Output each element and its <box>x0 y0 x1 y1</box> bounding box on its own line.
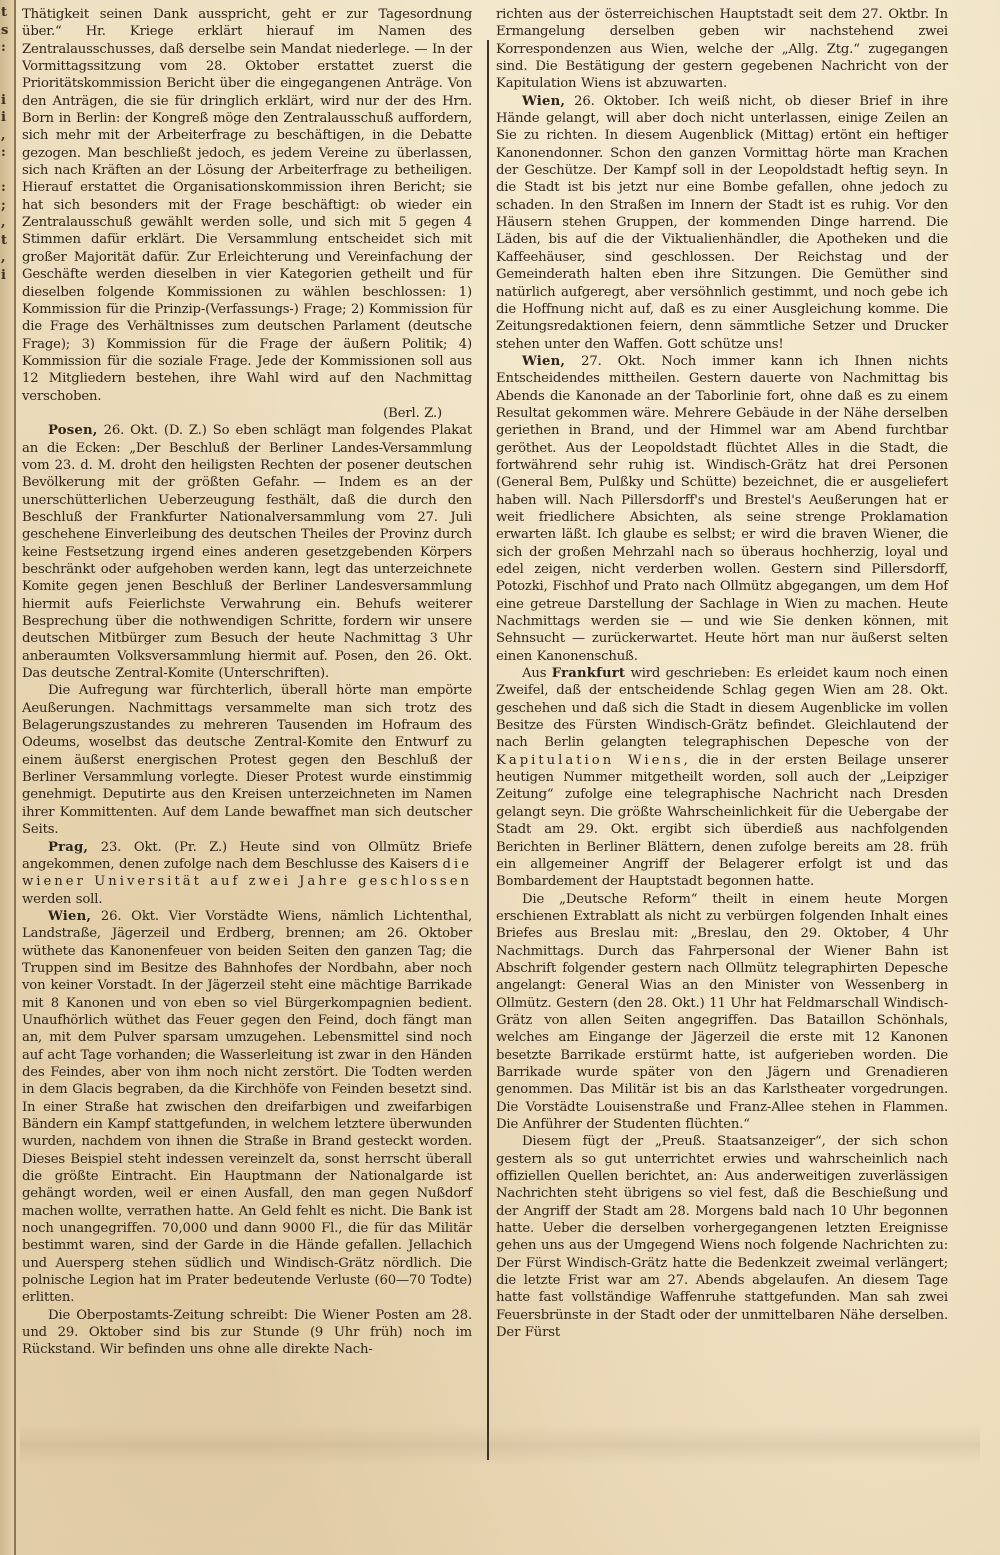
paragraph-oberpostamts: Die Oberpostamts-Zeitung schreibt: Die W… <box>22 1307 472 1359</box>
edge-fragment: i <box>1 109 13 127</box>
adjacent-column-fragments: ts: ii,: :;,t,i <box>1 4 13 354</box>
edge-fragment: s <box>1 22 13 40</box>
dateline-place: Wien, <box>48 909 91 924</box>
paper-fold-shadow <box>20 1425 980 1465</box>
paragraph-text: 23. Okt. (Pr. Z.) Heute sind von Ollmütz… <box>22 840 472 872</box>
paragraph-text: richten aus der österreichischen Hauptst… <box>496 7 948 91</box>
spaced-emphasis: Kapitulation Wiens <box>496 753 684 768</box>
edge-fragment: : <box>1 39 13 57</box>
dateline-place: Prag, <box>48 840 88 855</box>
paragraph-text: 26. Oktober. Ich weiß nicht, ob dieser B… <box>496 94 948 352</box>
paragraph-wien-27: Wien, 27. Okt. Noch immer kann ich Ihnen… <box>496 353 948 665</box>
paragraph-deutsche-reform: Die „Deutsche Reform“ theilt in einem he… <box>496 891 948 1134</box>
dateline-prefix: Aus <box>522 666 552 681</box>
adjacent-column-strip: ts: ii,: :;,t,i <box>0 0 14 1555</box>
edge-fragment <box>1 302 13 320</box>
edge-fragment: : <box>1 144 13 162</box>
paragraph-text: Die Oberpostamts-Zeitung schreibt: Die W… <box>22 1308 472 1358</box>
dateline-place: Frankfurt <box>552 666 625 681</box>
paragraph-posen: Posen, 26. Okt. (D. Z.) So eben schlägt … <box>22 422 472 682</box>
paragraph-aufregung: Die Aufregung war fürchterlich, überall … <box>22 682 472 838</box>
paragraph-text: Die Aufregung war fürchterlich, überall … <box>22 683 472 837</box>
edge-fragment: , <box>1 214 13 232</box>
edge-fragment: t <box>1 232 13 250</box>
paragraph-text: Thätigkeit seinen Dank ausspricht, geht … <box>22 7 472 404</box>
column-rule <box>487 40 489 1460</box>
paragraph-wien-26: Wien, 26. Okt. Vier Vorstädte Wiens, näm… <box>22 908 472 1307</box>
dateline-place: Posen, <box>48 423 98 438</box>
edge-fragment: t <box>1 4 13 22</box>
paragraph-nachrichten-continuation: richten aus der österreichischen Hauptst… <box>496 6 948 93</box>
paragraph-text: 27. Okt. Noch immer kann ich Ihnen nicht… <box>496 354 948 664</box>
right-column: richten aus der österreichischen Hauptst… <box>496 6 948 1341</box>
paragraph-prag: Prag, 23. Okt. (Pr. Z.) Heute sind von O… <box>22 839 472 908</box>
edge-fragment <box>1 319 13 337</box>
paragraph-text: 26. Okt. (D. Z.) So eben schlägt man fol… <box>22 423 472 681</box>
edge-fragment <box>1 74 13 92</box>
source-attribution: (Berl. Z.) <box>22 405 472 422</box>
edge-fragment <box>1 57 13 75</box>
paragraph-berlin-continuation: Thätigkeit seinen Dank ausspricht, geht … <box>22 6 472 422</box>
edge-fragment: i <box>1 92 13 110</box>
paragraph-wien-26-oktober: Wien, 26. Oktober. Ich weiß nicht, ob di… <box>496 93 948 353</box>
paragraph-text-after: , die in der ersten Beilage unserer heut… <box>496 753 948 889</box>
edge-fragment: : <box>1 179 13 197</box>
paragraph-text: Die „Deutsche Reform“ theilt in einem he… <box>496 892 948 1132</box>
dateline-place: Wien, <box>522 94 565 109</box>
left-column: Thätigkeit seinen Dank ausspricht, geht … <box>22 6 472 1359</box>
edge-fragment: i <box>1 267 13 285</box>
paragraph-staatsanzeiger: Diesem fügt der „Preuß. Staatsanzeiger“,… <box>496 1133 948 1341</box>
paragraph-text: 26. Okt. Vier Vorstädte Wiens, nämlich L… <box>22 909 472 1306</box>
edge-fragment: , <box>1 127 13 145</box>
paragraph-text: Diesem fügt der „Preuß. Staatsanzeiger“,… <box>496 1134 948 1340</box>
page-edge-rule <box>14 0 16 1555</box>
paragraph-frankfurt: Aus Frankfurt wird geschrieben: Es erlei… <box>496 665 948 890</box>
edge-fragment: ; <box>1 197 13 215</box>
paragraph-text-after: werden soll. <box>22 892 102 907</box>
edge-fragment <box>1 284 13 302</box>
dateline-place: Wien, <box>522 354 565 369</box>
edge-fragment: , <box>1 249 13 267</box>
edge-fragment <box>1 162 13 180</box>
edge-fragment <box>1 337 13 355</box>
